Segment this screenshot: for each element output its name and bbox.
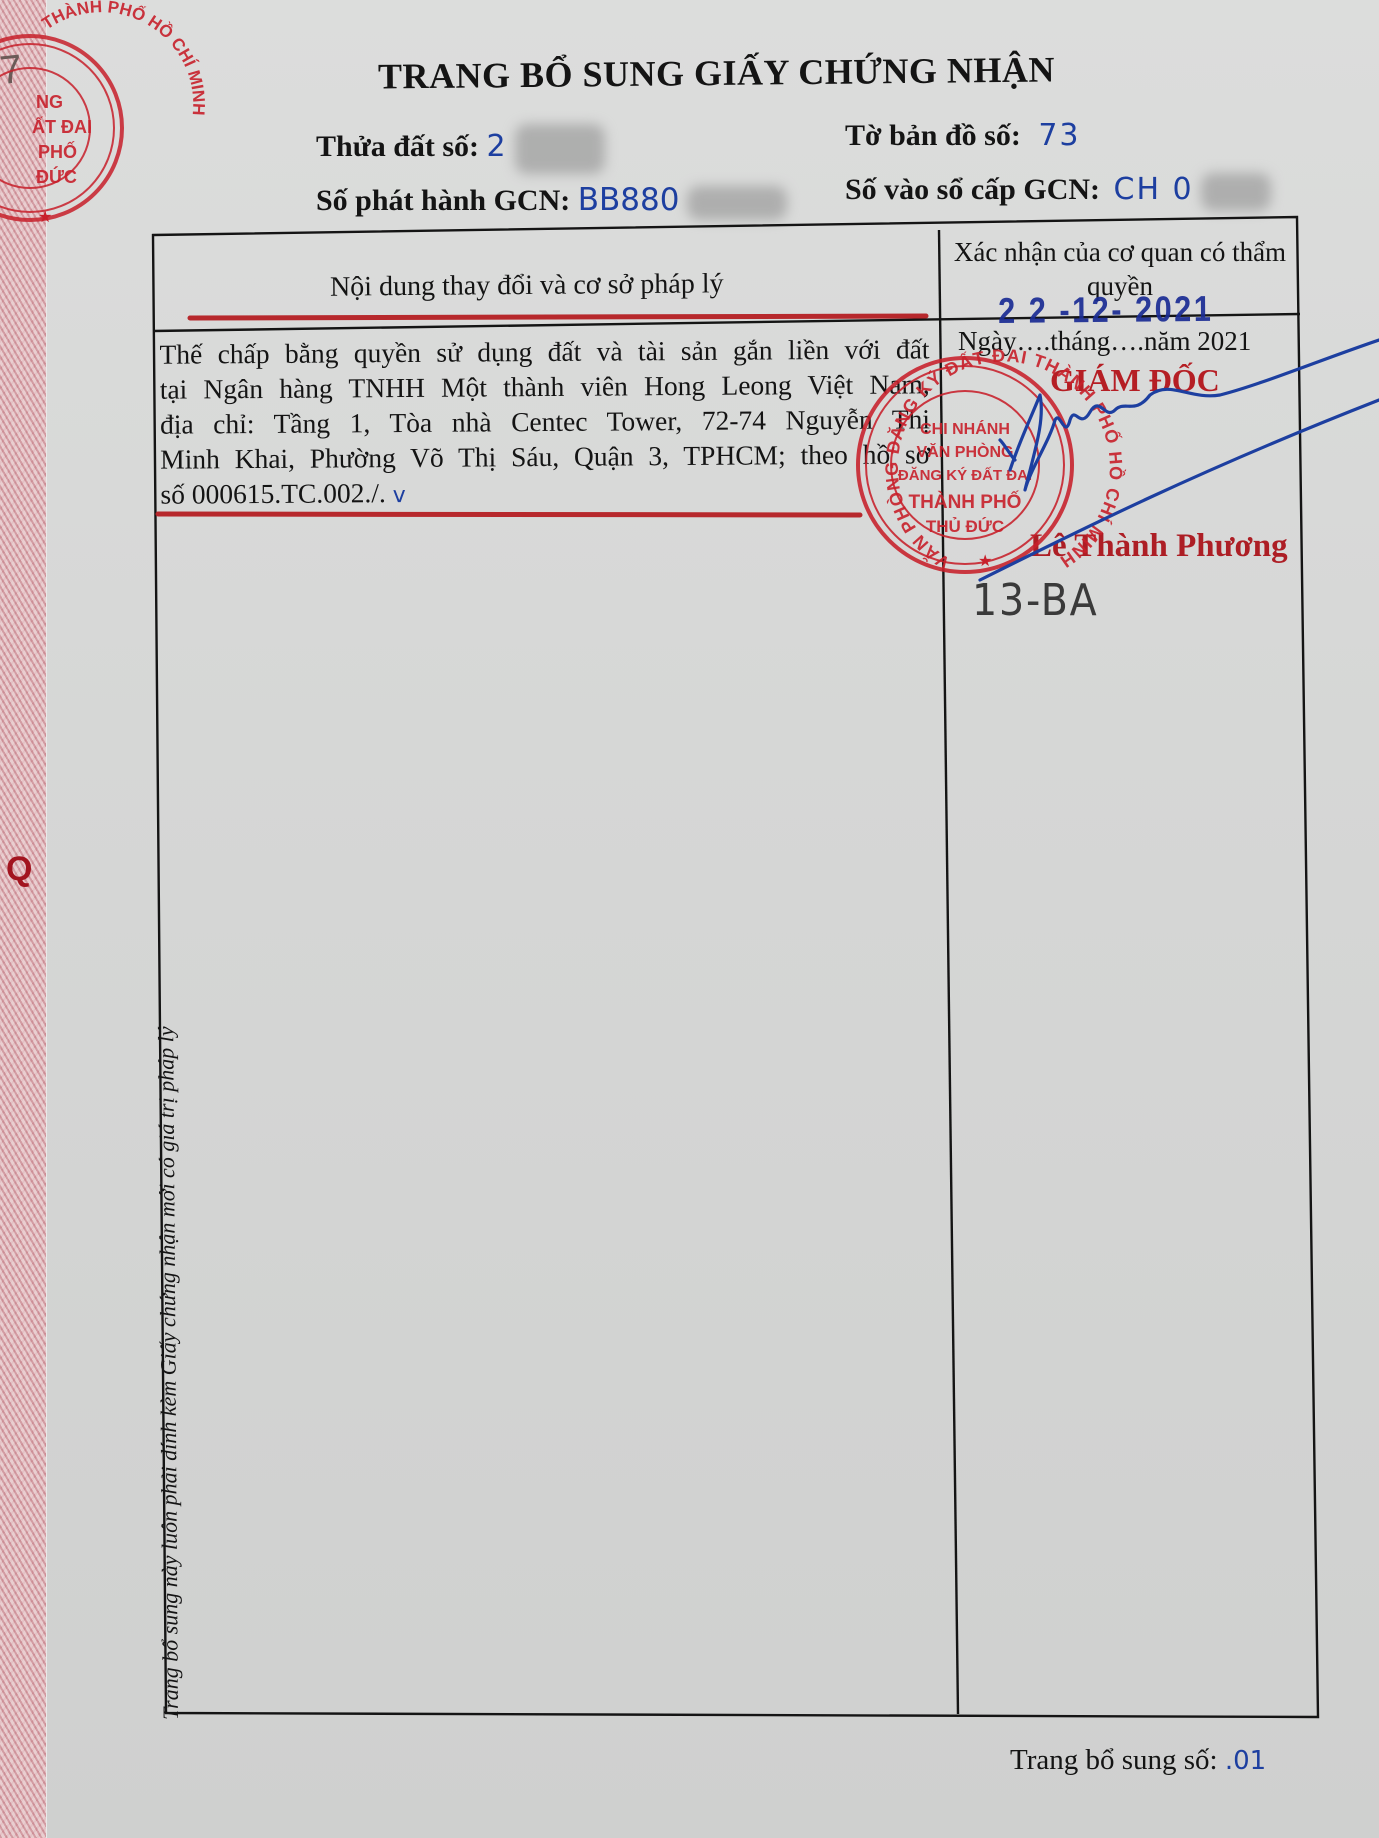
content-initial: v [393,483,408,508]
column-header-content: Nội dung thay đổi và cơ sở pháp lý [330,268,724,303]
content-line: tại Ngân hàng TNHH Một thành viên Hong L… [160,366,930,406]
side-note: Trang bổ sung này luôn phải đính kèm Giấ… [153,1026,184,1720]
content-red-rule [158,514,860,515]
column-divider [939,230,958,1714]
footer-label: Trang bổ sung số: [1010,1744,1218,1776]
content-line: Minh Khai, Phường Võ Thị Sáu, Quận 3, TP… [160,436,930,476]
signer-name: Lê Thành Phương [1030,528,1288,565]
amendment-content: Thế chấp bằng quyền sử dụng đất và tài s… [159,331,930,514]
header-red-rule [190,316,926,318]
footer-value: .01 [1225,1746,1266,1776]
content-line: số 000615.TC.002./. v [160,471,930,514]
date-stamp: 2 2 -12- 2021 [998,288,1213,332]
supplement-page-number: Trang bổ sung số: .01 [1010,1744,1266,1777]
signer-title: GIÁM ĐỐC [1050,362,1220,399]
content-line: Thế chấp bằng quyền sử dụng đất và tài s… [159,331,929,371]
content-line: địa chỉ: Tầng 1, Tòa nhà Centec Tower, 7… [160,401,930,441]
handwritten-file-code: 13-BA [972,575,1099,626]
